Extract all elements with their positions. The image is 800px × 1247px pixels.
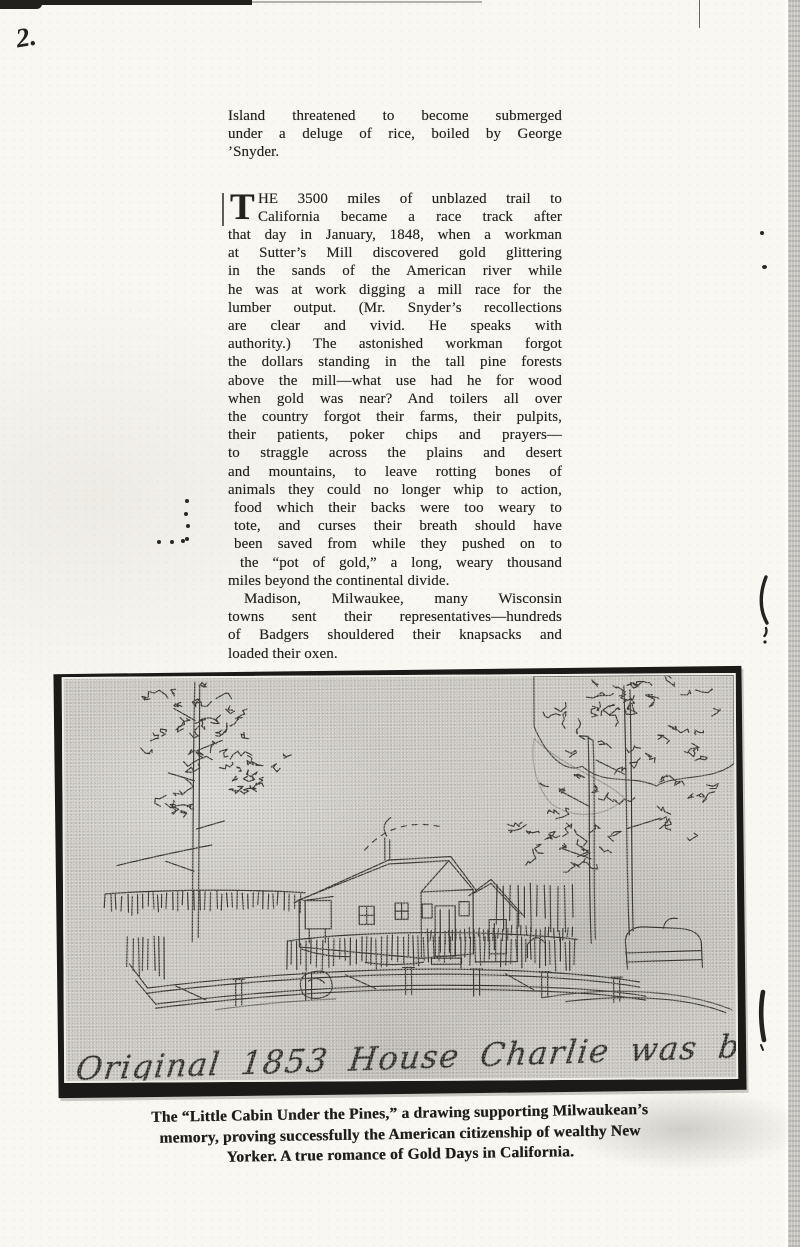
article-line: that day in January, 1848, when a workma… — [228, 226, 562, 244]
article-line: he was at work digging a mill race for t… — [228, 281, 562, 299]
ink-mark — [760, 231, 764, 235]
article-line: HE 3500 miles of unblazed trail to — [228, 190, 562, 208]
dropcap-letter: T — [230, 190, 255, 225]
article-line: Island threatened to become submerged — [228, 107, 562, 125]
article-line: Madison, Milwaukee, many Wisconsin — [228, 590, 562, 608]
ink-mark — [762, 265, 767, 269]
article-line: and mountains, to leave rotting bones of — [228, 463, 562, 481]
scan-edge-artifact-top-corner — [0, 0, 42, 9]
article-line: loaded their oxen. — [228, 645, 562, 663]
article-line: when gold was near? And toilers all over — [228, 390, 562, 408]
margin-dot — [184, 512, 188, 516]
margin-dot — [186, 524, 190, 528]
ink-mark — [755, 988, 771, 1058]
article-line: of Badgers shouldered their knapsacks an… — [228, 626, 562, 644]
article-text-column: Island threatened to become submerged un… — [228, 107, 562, 663]
scan-edge-artifact-top-faint — [252, 1, 482, 3]
article-line: the country forgot their farms, their pu… — [228, 408, 562, 426]
paragraph-2: T HE 3500 miles of unblazed trail to Cal… — [228, 190, 562, 590]
margin-dot — [185, 537, 189, 541]
smoke — [365, 824, 445, 850]
article-line: their patients, poker chips and prayers— — [228, 426, 562, 444]
photo-caption: The “Little Cabin Under the Pines,” a dr… — [85, 1099, 716, 1170]
article-line: animals they could no longer whip to act… — [228, 481, 562, 499]
article-line: tote, and curses their breath should hav… — [228, 517, 562, 535]
margin-dot — [170, 540, 174, 544]
article-line: under a deluge of rice, boiled by George — [228, 125, 562, 143]
photo-frame: Original 1853 House Charlie was born in — [53, 666, 746, 1098]
shed — [305, 901, 331, 929]
article-line: California became a race track after — [228, 208, 562, 226]
wagon — [625, 918, 702, 969]
article-line: been saved from while they pushed on to — [228, 535, 562, 553]
article-line: above the mill—what use had he for wood — [228, 372, 562, 390]
article-line: food which their backs were too weary to — [228, 499, 562, 517]
scan-line-artifact — [699, 0, 700, 28]
article-line: are clear and vivid. He speaks with — [228, 317, 562, 335]
margin-dot — [157, 540, 161, 544]
margin-dot — [181, 539, 185, 543]
article-line: to straggle across the plains and desert — [228, 444, 562, 462]
article-line: in the sands of the American river while — [228, 262, 562, 280]
scan-edge-strip-right — [785, 0, 800, 1247]
article-line: miles beyond the continental divide. — [228, 572, 562, 590]
article-line: the dollars standing in the tall pine fo… — [228, 353, 562, 371]
article-line: ’Snyder. — [228, 143, 562, 161]
article-line: lumber output. (Mr. Snyder’s recollectio… — [228, 299, 562, 317]
cabin-drawing — [64, 675, 736, 1081]
article-line: towns sent their representatives—hundred… — [228, 608, 562, 626]
smoke — [384, 818, 391, 836]
trees-right — [506, 675, 735, 944]
cabin-drawing-photo: Original 1853 House Charlie was born in — [62, 673, 738, 1083]
cabin — [294, 817, 478, 965]
paragraph-3: Madison, Milwaukee, many Wisconsin towns… — [228, 590, 562, 663]
article-line: authority.) The astonished workman forgo… — [228, 335, 562, 353]
article-line: the “pot of gold,” a long, weary thousan… — [228, 554, 562, 572]
article-line: at Sutter’s Mill discovered gold glitter… — [228, 244, 562, 262]
scanned-newspaper-page: 2. Island threatened to become submerged… — [0, 0, 800, 1247]
paragraph-1: Island threatened to become submerged un… — [228, 107, 562, 162]
ink-mark — [756, 574, 774, 646]
chimney — [385, 838, 390, 860]
margin-dot — [185, 499, 189, 503]
page-number: 2. — [14, 21, 39, 55]
dropcap-artifact — [222, 193, 224, 226]
